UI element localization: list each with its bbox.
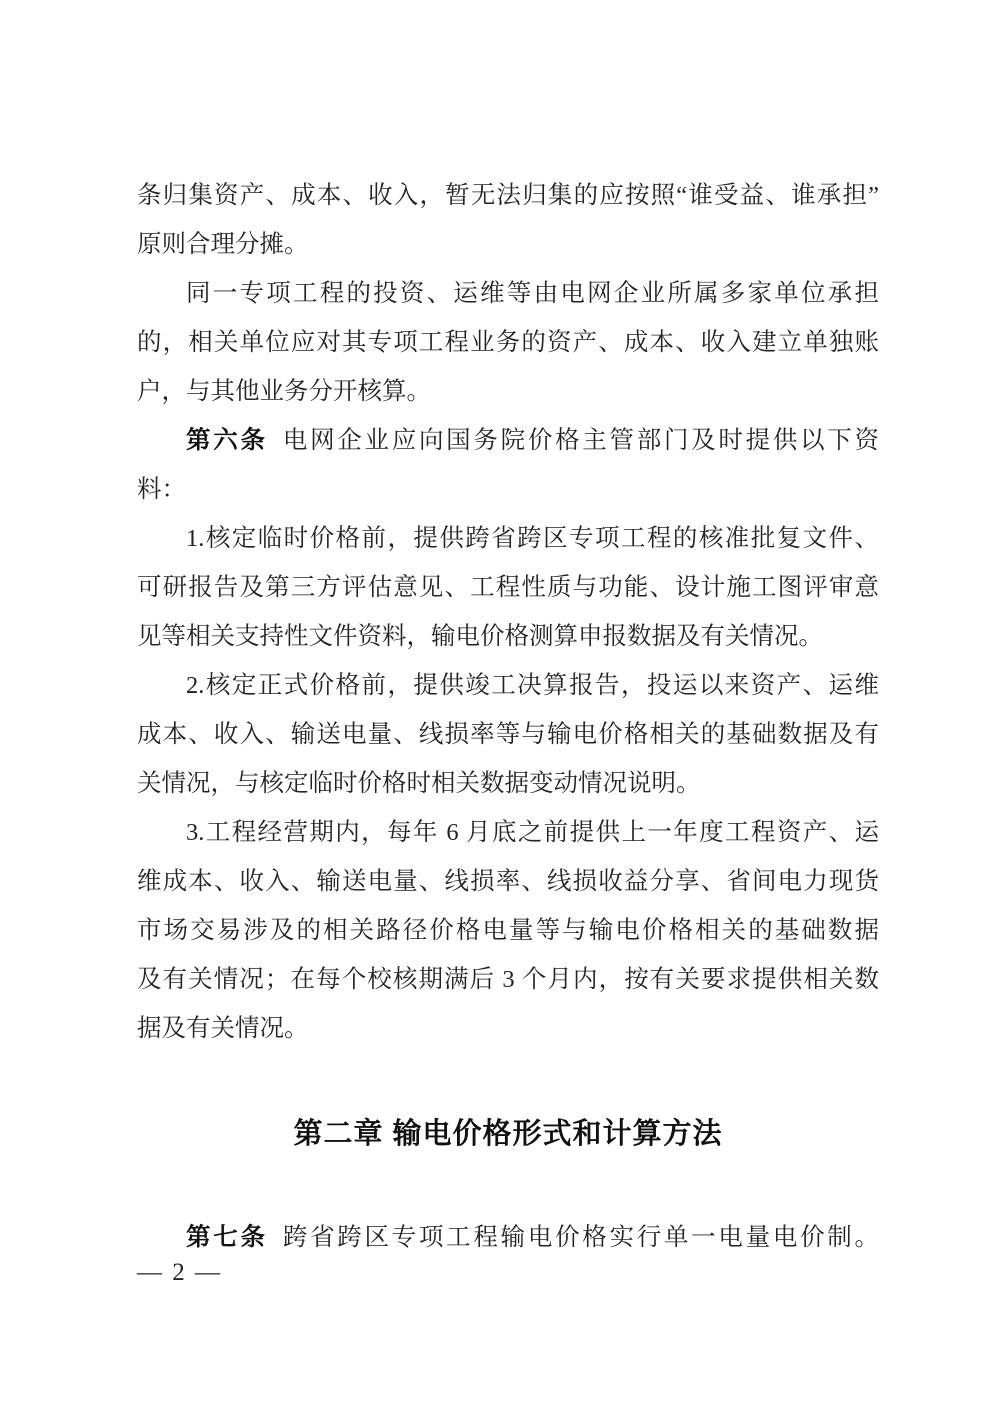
text-segment: 维成本、收入、输送电量、线损率、线损收益分享、省间电力现货 (137, 868, 879, 895)
text-line: 关情况，与核定临时价格时相关数据变动情况说明。 (137, 759, 879, 808)
article-seven-line: 第七条跨省跨区专项工程输电价格实行单一电量电价制。 (137, 1213, 879, 1262)
text-segment: 料： (137, 476, 186, 503)
text-line: 及有关情况；在每个校核期满后 3 个月内，按有关要求提供相关数 (137, 955, 879, 1004)
text-line: 3.工程经营期内，每年 6 月底之前提供上一年度工程资产、运 (137, 808, 879, 857)
text-line: 第六条电网企业应向国务院价格主管部门及时提供以下资 (137, 416, 879, 465)
text-segment: 户，与其他业务分开核算。 (137, 378, 431, 405)
text-segment: 跨省跨区专项工程输电价格实行单一电量电价制。 (283, 1224, 879, 1251)
text-segment: 及有关情况；在每个校核期满后 3 个月内，按有关要求提供相关数 (137, 966, 879, 993)
document-content: 条归集资产、成本、收入，暂无法归集的应按照“谁受益、谁承担”原则合理分摊。同一专… (137, 171, 879, 1262)
text-line: 见等相关支持性文件资料，输电价格测算申报数据及有关情况。 (137, 612, 879, 661)
text-segment: 条归集资产、成本、收入，暂无法归集的应按照“谁受益、谁承担” (137, 182, 879, 209)
text-segment: 可研报告及第三方评估意见、工程性质与功能、设计施工图评审意 (137, 574, 879, 601)
text-line: 据及有关情况。 (137, 1004, 879, 1053)
text-line: 维成本、收入、输送电量、线损率、线损收益分享、省间电力现货 (137, 857, 879, 906)
document-page: 条归集资产、成本、收入，暂无法归集的应按照“谁受益、谁承担”原则合理分摊。同一专… (0, 0, 1000, 1414)
text-line: 市场交易涉及的相关路径价格电量等与输电价格相关的基础数据 (137, 906, 879, 955)
text-line: 第七条跨省跨区专项工程输电价格实行单一电量电价制。 (137, 1213, 879, 1262)
text-line: 料： (137, 465, 879, 514)
text-line: 条归集资产、成本、收入，暂无法归集的应按照“谁受益、谁承担” (137, 171, 879, 220)
text-segment: 市场交易涉及的相关路径价格电量等与输电价格相关的基础数据 (137, 917, 879, 944)
text-segment: 见等相关支持性文件资料，输电价格测算申报数据及有关情况。 (137, 623, 823, 650)
text-line: 同一专项工程的投资、运维等由电网企业所属多家单位承担 (137, 269, 879, 318)
text-segment: 2.核定正式价格前，提供竣工决算报告，投运以来资产、运维 (186, 672, 879, 699)
text-segment: 3.工程经营期内，每年 6 月底之前提供上一年度工程资产、运 (186, 819, 879, 846)
text-segment: 原则合理分摊。 (137, 231, 309, 258)
text-segment: 关情况，与核定临时价格时相关数据变动情况说明。 (137, 770, 701, 797)
text-segment: 同一专项工程的投资、运维等由电网企业所属多家单位承担 (186, 280, 879, 307)
text-segment: 据及有关情况。 (137, 1015, 309, 1042)
article-number-term: 第七条 (186, 1224, 268, 1251)
page-number: — 2 — (137, 1258, 222, 1288)
text-segment: 电网企业应向国务院价格主管部门及时提供以下资 (283, 427, 879, 454)
text-segment: 成本、收入、输送电量、线损率等与输电价格相关的基础数据及有 (137, 721, 879, 748)
text-line: 成本、收入、输送电量、线损率等与输电价格相关的基础数据及有 (137, 710, 879, 759)
text-line: 原则合理分摊。 (137, 220, 879, 269)
text-line: 可研报告及第三方评估意见、工程性质与功能、设计施工图评审意 (137, 563, 879, 612)
text-segment: 的，相关单位应对其专项工程业务的资产、成本、收入建立单独账 (137, 329, 879, 356)
text-line: 1.核定临时价格前，提供跨省跨区专项工程的核准批复文件、 (137, 514, 879, 563)
text-line: 户，与其他业务分开核算。 (137, 367, 879, 416)
document-body: 条归集资产、成本、收入，暂无法归集的应按照“谁受益、谁承担”原则合理分摊。同一专… (137, 171, 879, 1053)
text-line: 的，相关单位应对其专项工程业务的资产、成本、收入建立单独账 (137, 318, 879, 367)
text-line: 2.核定正式价格前，提供竣工决算报告，投运以来资产、运维 (137, 661, 879, 710)
article-number-term: 第六条 (186, 427, 268, 454)
chapter-heading: 第二章 输电价格形式和计算方法 (137, 1110, 879, 1159)
text-segment: 1.核定临时价格前，提供跨省跨区专项工程的核准批复文件、 (186, 525, 879, 552)
